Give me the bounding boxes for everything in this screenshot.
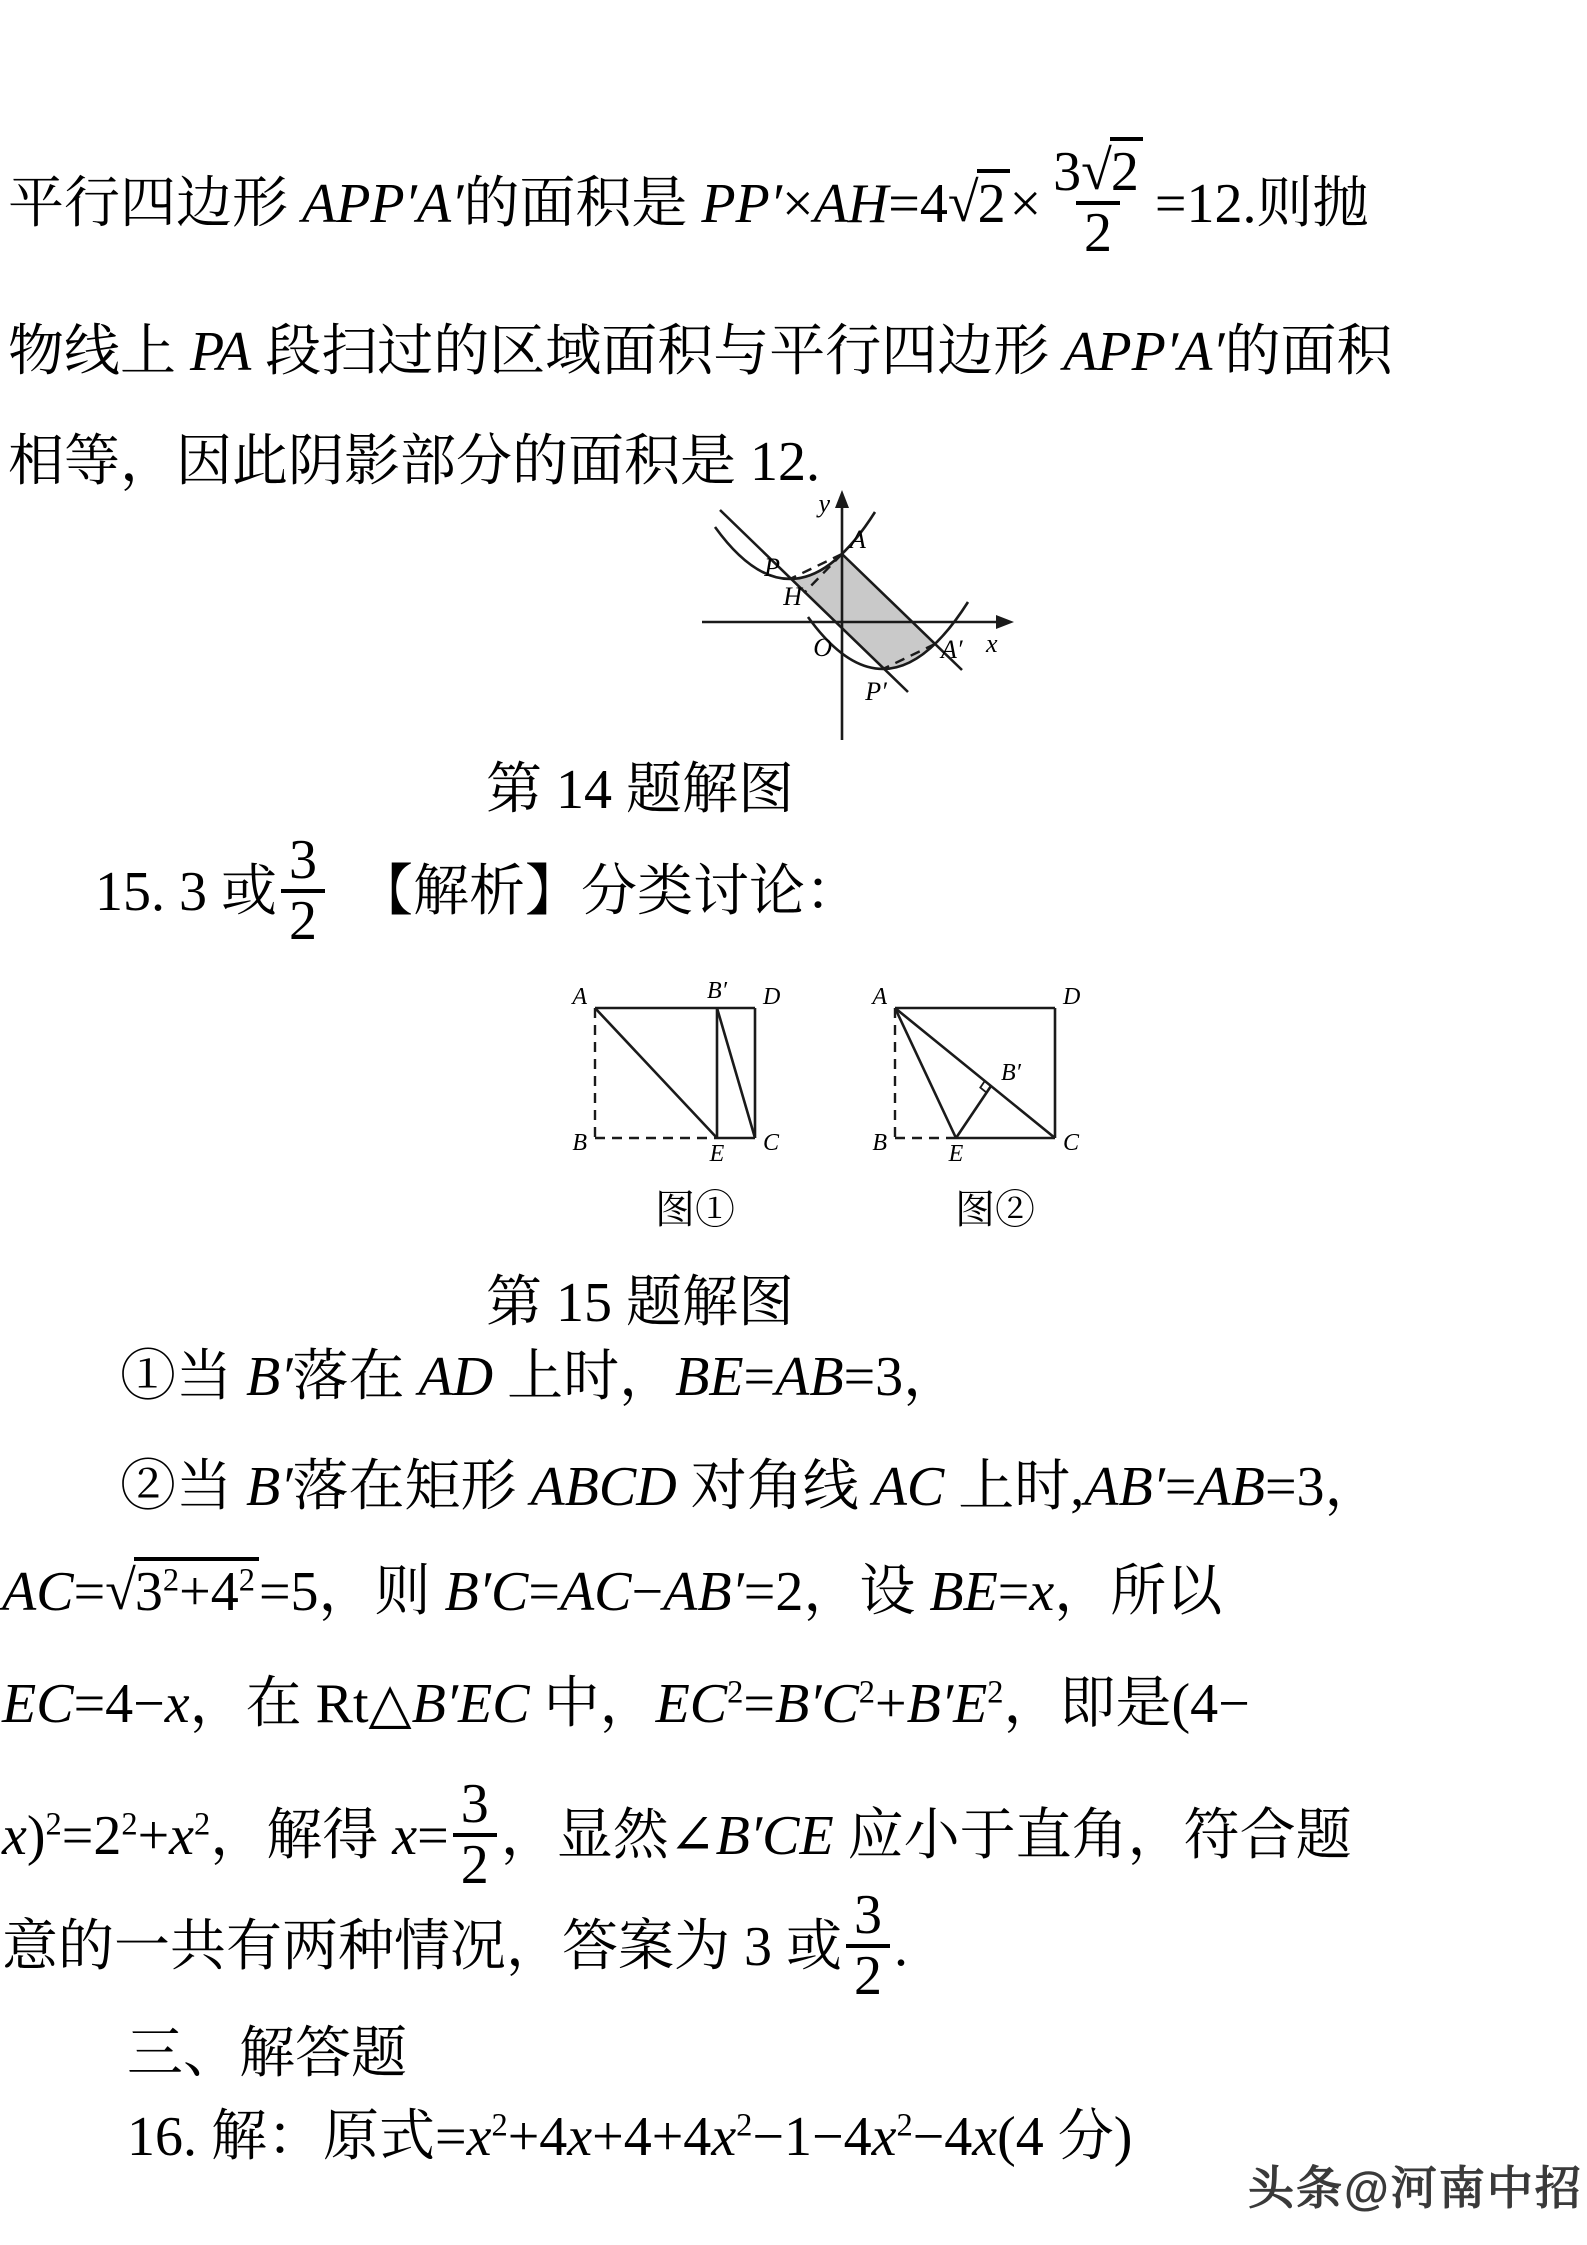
fold-AE — [595, 1008, 717, 1138]
label-P: P — [763, 553, 780, 582]
solution14-line-2: 物线上 PA 段扫过的区域面积与平行四边形 APP′A′的面积 — [8, 320, 1393, 384]
label-E: E — [709, 1141, 725, 1167]
x-axis-arrow — [996, 615, 1014, 629]
fold-AE — [895, 1008, 956, 1138]
segment-EBprime — [956, 1086, 991, 1138]
y-axis-arrow — [835, 490, 849, 508]
label-x: x — [985, 629, 998, 658]
document-page: 平行四边形 APP′A′的面积是 PP′×AH=4√2×3√22=12.则抛 物… — [0, 0, 1587, 2245]
case2-line: ②当 B′落在矩形 ABCD 对角线 AC 上时,AB′=AB=3， — [120, 1455, 1381, 1519]
label-A: A — [570, 984, 587, 1010]
label-B-prime: B′ — [707, 978, 728, 1004]
figure-15-case1: A B′ D B E C — [575, 978, 815, 1163]
conclusion-line: 意的一共有两种情况，答案为 3 或32. — [2, 1893, 908, 2011]
label-C: C — [1063, 1130, 1080, 1156]
label-B: B — [872, 1130, 887, 1156]
label-H: H — [782, 582, 803, 611]
figure-15-case2: A D B E C B′ — [875, 978, 1115, 1163]
label-D: D — [762, 984, 780, 1010]
label-D: D — [1062, 984, 1080, 1010]
calc-line-3: x)2=22+x2，解得 x=32，显然∠B′CE 应小于直角，符合题 — [2, 1782, 1352, 1900]
label-y: y — [815, 489, 830, 518]
label-E: E — [948, 1141, 964, 1167]
label-A: A — [870, 984, 887, 1010]
diagonal-AC — [895, 1008, 1055, 1138]
solution14-line-1: 平行四边形 APP′A′的面积是 PP′×AH=4√2×3√22=12.则抛 — [8, 150, 1369, 268]
watermark: 头条@河南中招 — [1248, 2152, 1583, 2218]
answer15-line: 15. 3 或32 【解析】分类讨论： — [95, 838, 861, 956]
case1-line: ①当 B′落在 AD 上时，BE=AB=3， — [120, 1345, 959, 1409]
figure-2-label: 图② — [875, 1178, 1115, 1235]
problem16-line: 16. 解：原式=x2+4x+4+4x2−1−4x2−4x(4 分) — [127, 2105, 1132, 2169]
figure-14-graph: y x O A P H A′ P′ — [640, 472, 1040, 772]
calc-line-1: AC=√32+42=5，则 B′C=AC−AB′=2，设 BE=x，所以 — [2, 1560, 1222, 1624]
label-B: B — [572, 1130, 587, 1156]
figure-1-label: 图① — [575, 1178, 815, 1235]
label-C: C — [763, 1130, 780, 1156]
caption-figure-14: 第 14 题解图 — [0, 745, 1280, 825]
label-O: O — [813, 633, 832, 662]
label-B-prime: B′ — [1001, 1060, 1022, 1086]
label-P-prime: P′ — [864, 677, 887, 706]
calc-line-2: EC=4−x，在 Rt△B′EC 中，EC2=B′C2+B′E2，即是(4− — [2, 1672, 1250, 1736]
section-3-header: 三、解答题 — [127, 2022, 407, 2086]
label-A: A — [848, 525, 866, 554]
caption-figure-15: 第 15 题解图 — [0, 1258, 1280, 1338]
label-A-prime: A′ — [939, 635, 963, 664]
segment-BprimeC — [717, 1008, 755, 1138]
shaded-region — [790, 554, 935, 669]
